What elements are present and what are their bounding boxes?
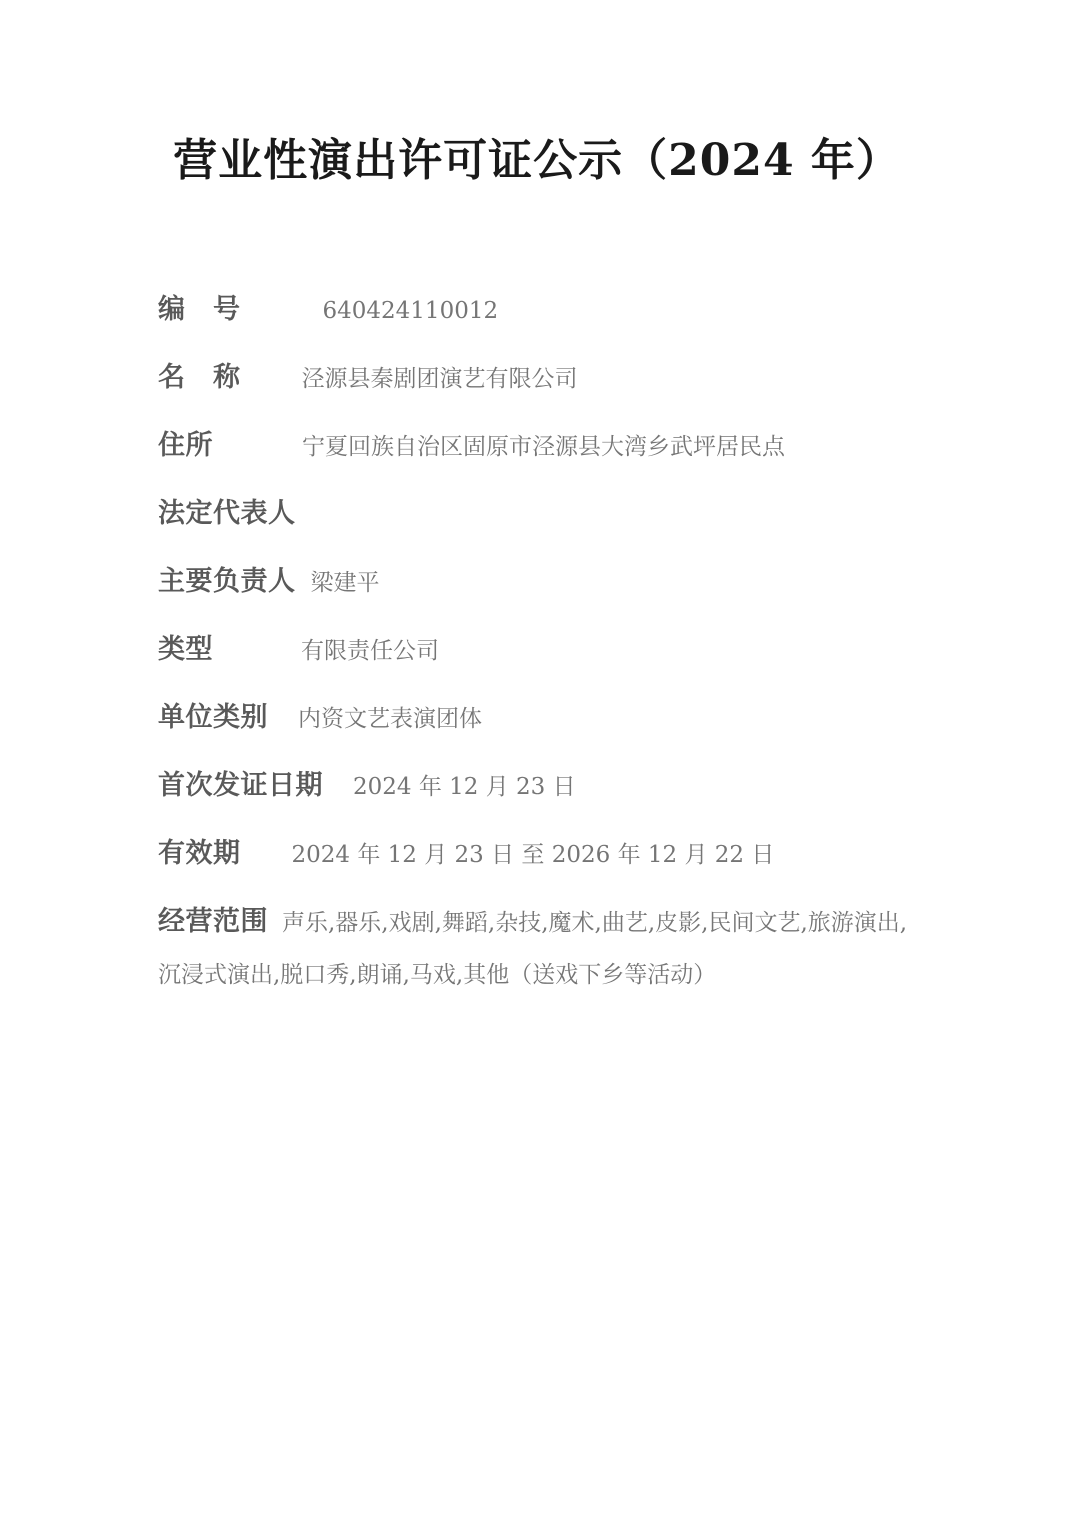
field-label-first-issue-date: 首次发证日期 — [158, 770, 323, 801]
field-row-validity-period: 有效期2024 年 12 月 23 日 至 2026 年 12 月 22 日 — [158, 828, 916, 881]
field-row-type: 类型有限责任公司 — [158, 624, 916, 677]
field-row-name: 名 称泾源县秦剧团演艺有限公司 — [158, 352, 916, 405]
label-value-gap — [323, 793, 353, 794]
field-label-name: 名 称 — [158, 362, 241, 393]
field-value-license-number: 640424110012 — [323, 298, 499, 324]
field-value-unit-category: 内资文艺表演团体 — [298, 706, 482, 732]
label-value-gap — [241, 861, 292, 862]
field-value-type: 有限责任公司 — [301, 638, 439, 664]
label-value-gap — [268, 929, 282, 930]
field-label-address: 住所 — [158, 430, 213, 461]
field-row-principal: 主要负责人梁建平 — [158, 556, 916, 609]
label-value-gap — [296, 589, 311, 590]
page-title: 营业性演出许可证公示（2024 年） — [158, 0, 916, 192]
field-value-address: 宁夏回族自治区固原市泾源县大湾乡武坪居民点 — [302, 434, 785, 460]
field-value-validity-period: 2024 年 12 月 23 日 至 2026 年 12 月 22 日 — [292, 842, 775, 868]
field-value-business-scope: 声乐,器乐,戏剧,舞蹈,杂技,魔术,曲艺,皮影,民间文艺,旅游演出,沉浸式演出,… — [158, 910, 907, 988]
label-value-gap — [241, 385, 302, 386]
field-label-legal-rep: 法定代表人 — [158, 498, 296, 529]
field-label-unit-category: 单位类别 — [158, 702, 268, 733]
field-value-name: 泾源县秦剧团演艺有限公司 — [302, 366, 578, 392]
field-value-principal: 梁建平 — [311, 570, 380, 596]
label-value-gap — [268, 725, 298, 726]
field-row-unit-category: 单位类别内资文艺表演团体 — [158, 692, 916, 745]
fields-list: 编 号640424110012 名 称泾源县秦剧团演艺有限公司 住所宁夏回族自治… — [158, 284, 916, 1001]
field-row-license-number: 编 号640424110012 — [158, 284, 916, 337]
field-row-business-scope: 经营范围声乐,器乐,戏剧,舞蹈,杂技,魔术,曲艺,皮影,民间文艺,旅游演出,沉浸… — [158, 896, 916, 1001]
label-value-gap — [241, 317, 323, 318]
field-label-license-number: 编 号 — [158, 294, 241, 325]
field-row-address: 住所宁夏回族自治区固原市泾源县大湾乡武坪居民点 — [158, 420, 916, 473]
label-value-gap — [213, 657, 301, 658]
license-announcement-document: 营业性演出许可证公示（2024 年） 编 号640424110012 名 称泾源… — [0, 0, 1074, 1520]
field-row-first-issue-date: 首次发证日期2024 年 12 月 23 日 — [158, 760, 916, 813]
field-label-validity-period: 有效期 — [158, 838, 241, 869]
label-value-gap — [213, 453, 302, 454]
field-label-type: 类型 — [158, 634, 213, 665]
field-value-first-issue-date: 2024 年 12 月 23 日 — [353, 774, 576, 800]
field-row-legal-rep: 法定代表人 — [158, 488, 916, 541]
field-label-business-scope: 经营范围 — [158, 906, 268, 937]
field-label-principal: 主要负责人 — [158, 566, 296, 597]
